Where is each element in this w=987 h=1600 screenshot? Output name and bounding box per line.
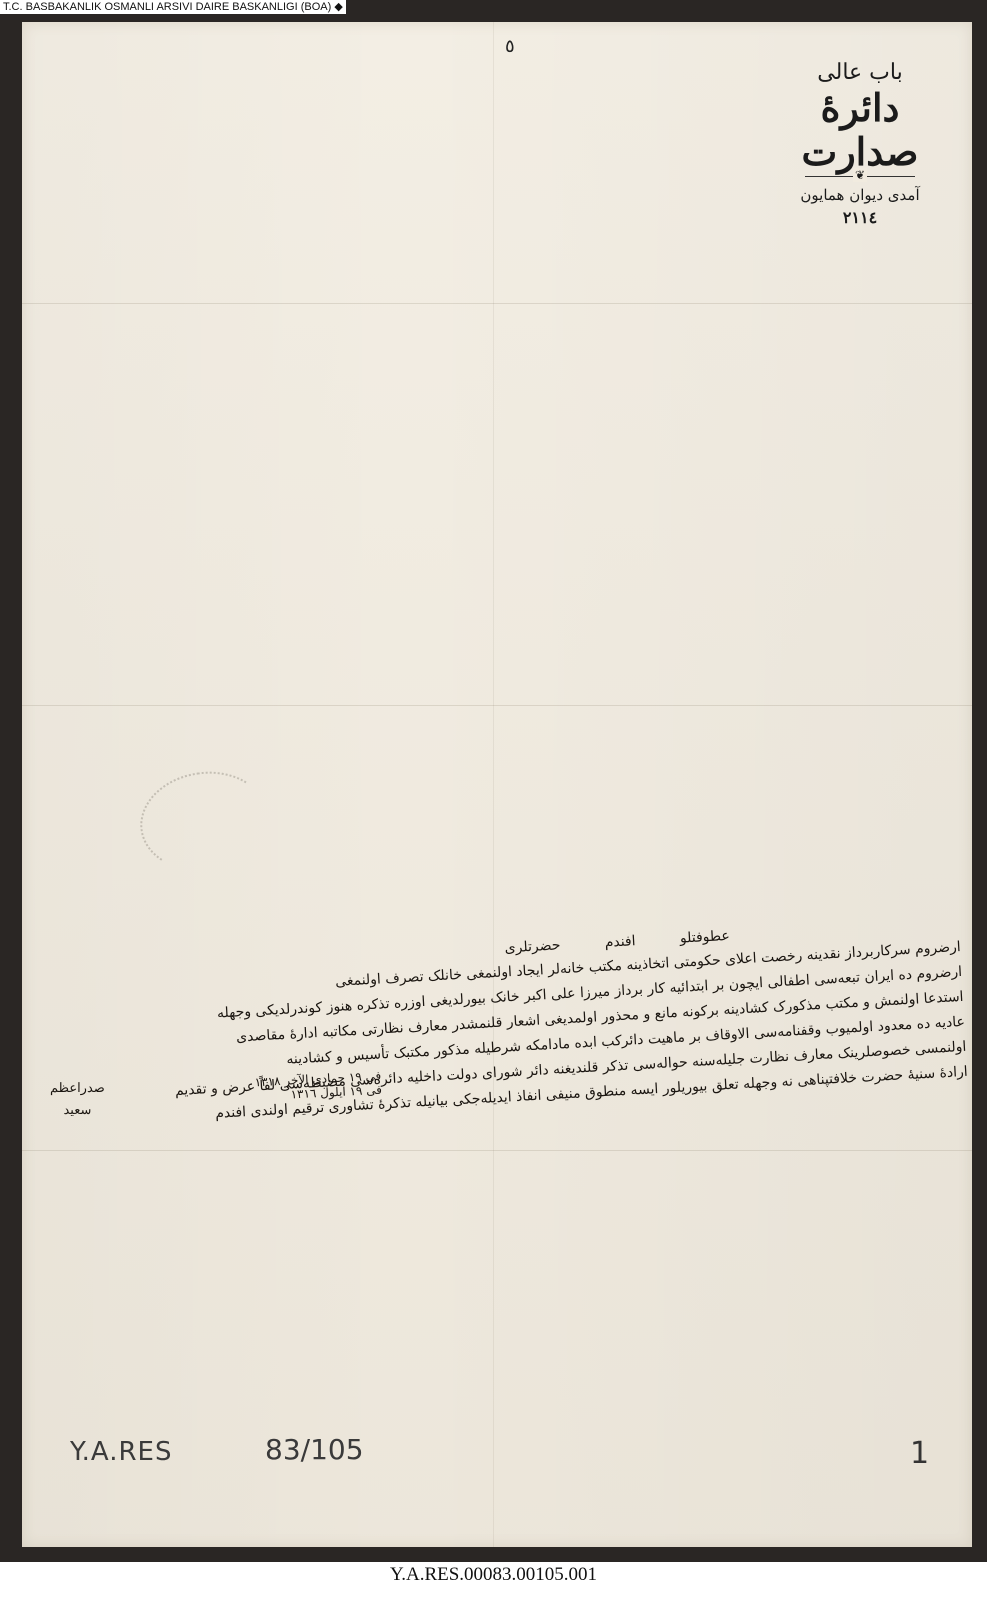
signature-title: صدراعظم — [50, 1078, 105, 1100]
paper-fold-line — [22, 1150, 972, 1151]
letterhead-ornament-divider — [805, 176, 915, 183]
page-mark: ٥ — [505, 36, 515, 57]
letterhead: باب عالی دائرهٔ صدارت آمدی دیوان همایون … — [790, 60, 930, 229]
paper-fold-line — [22, 705, 972, 706]
paper-fold-line-vertical — [493, 22, 494, 1547]
paper-fold-line — [22, 303, 972, 304]
file-number: 83/105 — [265, 1433, 364, 1466]
letterhead-title: دائرهٔ صدارت — [790, 86, 930, 174]
salutation-word: عطوفتلو — [679, 928, 730, 947]
letterhead-subtitle: آمدی دیوان همایون — [790, 185, 930, 205]
letterhead-top-line: باب عالی — [790, 60, 930, 86]
signature-block: صدراعظم سعید — [50, 1078, 105, 1122]
shelf-mark: Y.A.RES — [70, 1437, 172, 1467]
catalog-id: Y.A.RES.00083.00105.001 — [0, 1564, 987, 1586]
folio-number: 1 — [910, 1436, 929, 1471]
salutation-word: حضرتلری — [504, 937, 561, 956]
salutation-word: افندم — [604, 933, 636, 951]
archive-watermark-label: T.C. BASBAKANLIK OSMANLI ARSIVI DAIRE BA… — [0, 0, 346, 14]
signature-name: سعید — [50, 1100, 105, 1122]
letterhead-number: ۲۱۱٤ — [790, 207, 930, 229]
